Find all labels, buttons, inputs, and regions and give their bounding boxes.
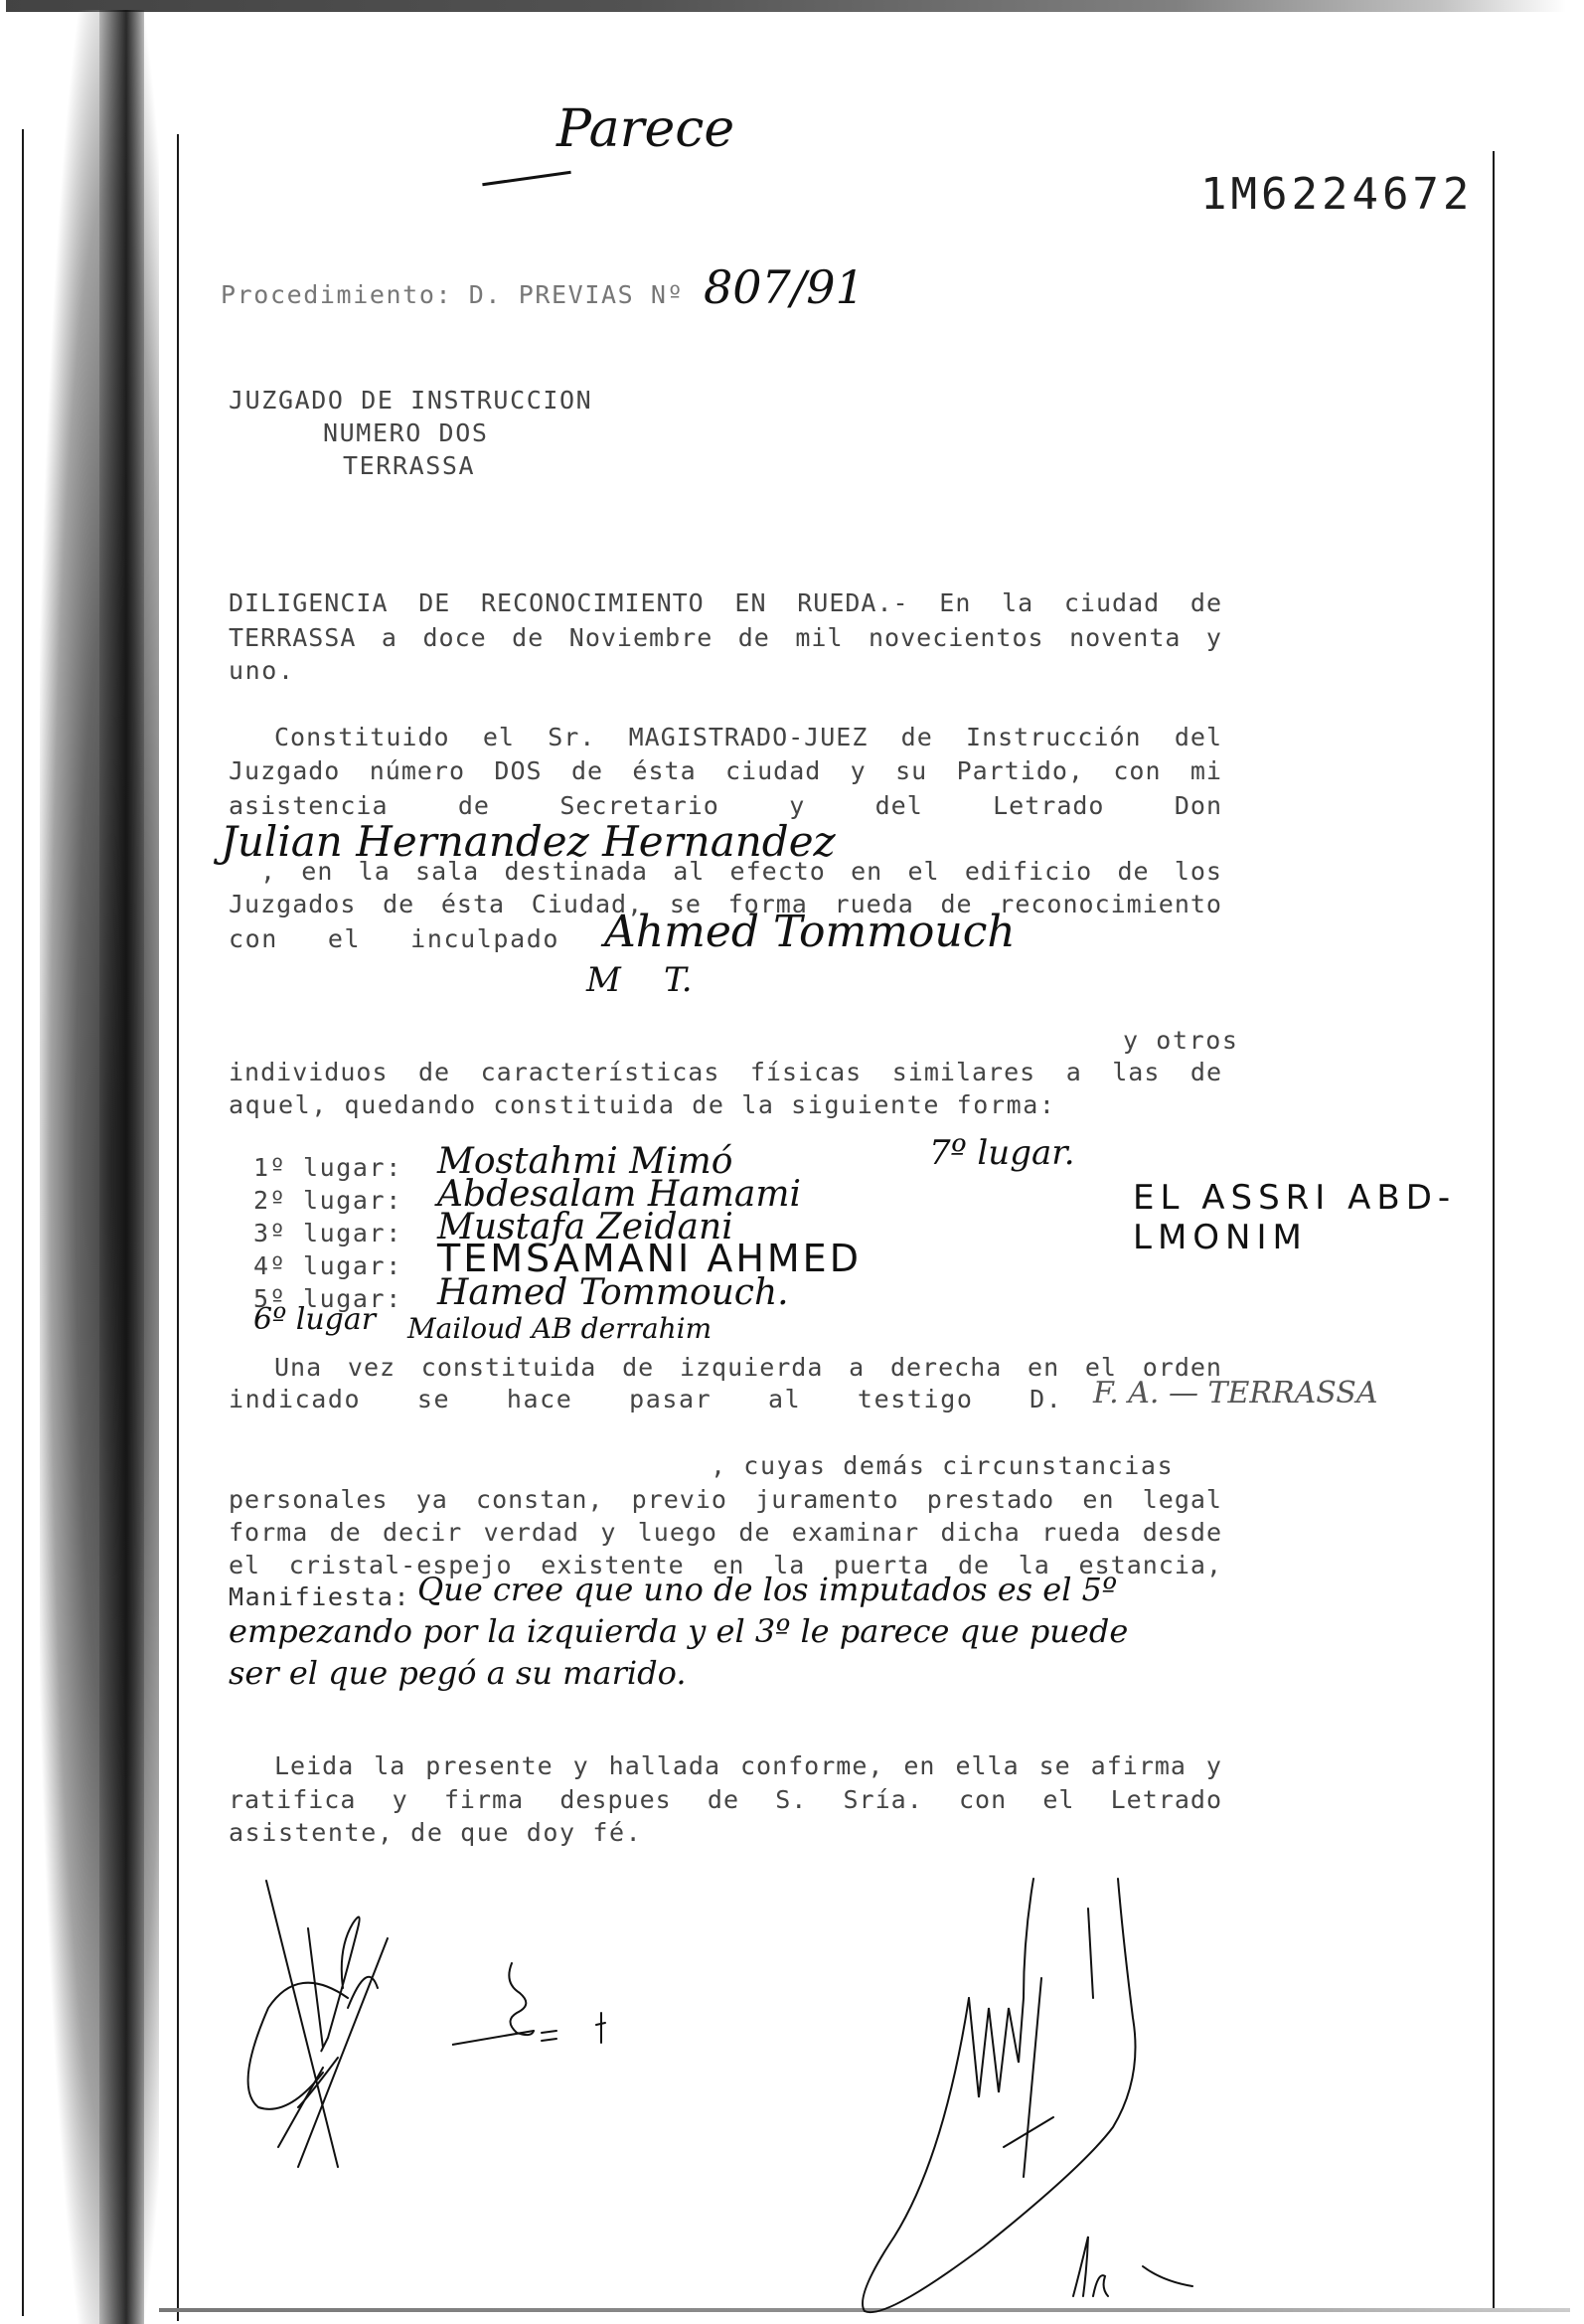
accused-name-handwritten: Ahmed Tommouch: [604, 907, 1016, 957]
procedure-number: 807/91: [704, 260, 865, 314]
intro-line-1: DILIGENCIA DE RECONOCIMIENTO EN RUEDA.- …: [229, 588, 1222, 617]
body2-line-1: Una vez constituida de izquierda a derec…: [274, 1353, 1222, 1382]
secretary-signature: [1053, 2227, 1252, 2306]
lineup-label: 1º lugar:: [253, 1153, 402, 1182]
body1-line-1: Constituido el Sr. MAGISTRADO-JUEZ de In…: [274, 723, 1222, 751]
handwritten-underline: [482, 171, 571, 186]
closing-line-1: Leida la presente y hallada conforme, en…: [274, 1751, 1222, 1780]
margin-line-right: [1493, 151, 1495, 2308]
lineup-label: 3º lugar:: [253, 1219, 402, 1247]
body2-line-3: , cuyas demás circunstancias: [711, 1451, 1174, 1480]
procedure-label: Procedimiento: D. PREVIAS Nº: [221, 280, 684, 309]
body2-line-5: forma de decir verdad y luego de examina…: [229, 1518, 1222, 1547]
court-line-3: TERRASSA: [343, 451, 475, 480]
closing-line-3: asistente, de que doy fé.: [229, 1818, 642, 1847]
body1-line-7: y otros: [1123, 1026, 1239, 1055]
body1-line-2: Juzgado número DOS de ésta ciudad y su P…: [229, 756, 1222, 785]
document-number: 1M6224672: [1200, 169, 1473, 220]
scan-binding-core: [99, 10, 144, 2324]
body2-line-4: personales ya constan, previo juramento …: [229, 1485, 1222, 1514]
body1-line-3: asistencia de Secretario y del Letrado D…: [229, 791, 1222, 820]
lineup-label: 6º lugar: [253, 1302, 376, 1337]
lineup-name: EL ASSRI ABD-LMONIM: [1133, 1178, 1481, 1257]
margin-line-outer: [22, 129, 24, 2316]
court-line-1: JUZGADO DE INSTRUCCION: [229, 386, 592, 415]
body2-line-2: indicado se hace pasar al testigo D.: [229, 1385, 1062, 1413]
intro-line-3: uno.: [229, 656, 295, 685]
lineup-name: Mailoud AB derrahim: [407, 1312, 712, 1345]
body1-line-9: aquel, quedando constituida de la siguie…: [229, 1090, 1056, 1119]
body1-line-8: individuos de características físicas si…: [229, 1058, 1222, 1086]
margin-line-inner: [177, 134, 179, 2321]
handwritten-note-parece: Parece: [556, 99, 734, 159]
statement-line-2: empezando por la izquierda y el 3º le pa…: [229, 1612, 1128, 1650]
court-line-2: NUMERO DOS: [323, 418, 489, 447]
witness-handwritten: F. A. — TERRASSA: [1093, 1376, 1377, 1411]
accused-initials-handwritten: M T.: [586, 960, 693, 1000]
statement-line-1: Que cree que uno de los imputados es el …: [417, 1571, 1117, 1608]
witness-signature: [393, 1933, 631, 2053]
scan-top-edge: [6, 0, 1566, 12]
closing-line-2: ratifica y firma despues de S. Sría. con…: [229, 1785, 1222, 1814]
lineup-label: 7º lugar.: [929, 1133, 1075, 1173]
body1-line-6: con el inculpado: [229, 924, 559, 953]
body1-line-4: , en la sala destinada al efecto en el e…: [260, 857, 1222, 886]
lineup-label: 4º lugar:: [253, 1251, 402, 1280]
statement-line-3: ser el que pegó a su marido.: [229, 1654, 686, 1692]
manifiesta-label: Manifiesta:: [229, 1582, 410, 1611]
intro-line-2: TERRASSA a doce de Noviembre de mil nove…: [229, 623, 1222, 652]
lineup-label: 2º lugar:: [253, 1186, 402, 1215]
lineup-name: Hamed Tommouch.: [437, 1272, 789, 1313]
